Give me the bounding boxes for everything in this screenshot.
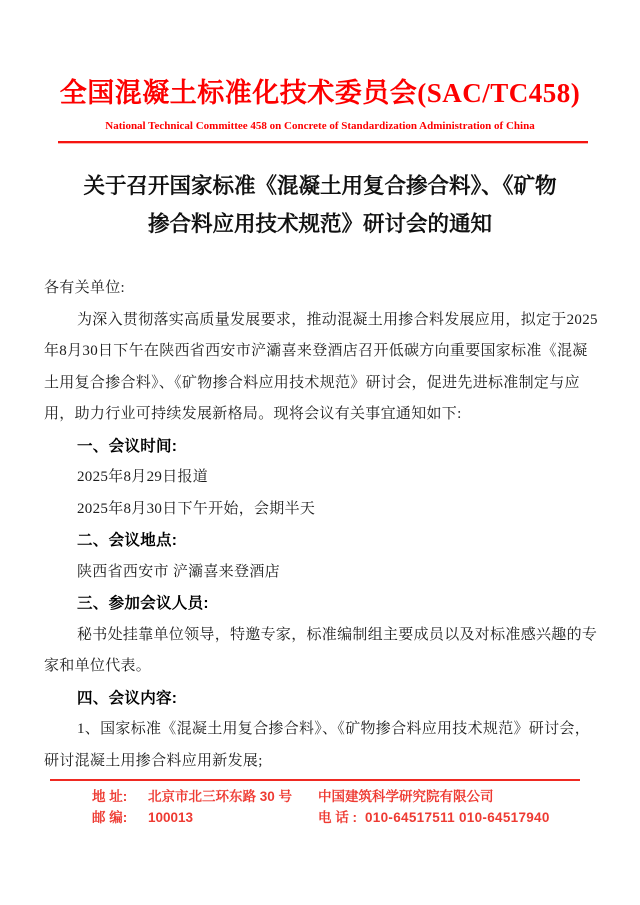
phone-label: 电 话 : <box>318 810 357 825</box>
org-title-en: National Technical Committee 458 on Conc… <box>0 119 640 133</box>
document-page: 全国混凝土标准化技术委员会(SAC/TC458) National Techni… <box>0 0 640 905</box>
salutation: 各有关单位: <box>44 273 604 305</box>
section-heading-meeting-time: 一、会议时间: <box>44 431 604 463</box>
letter-footer: 地 址: 北京市北三环东路 30 号 中国建筑科学研究院有限公司 邮 编: 10… <box>0 779 640 827</box>
zip-label: 邮 编: <box>92 808 148 827</box>
letterhead-rule <box>58 141 588 143</box>
zip-value: 100013 <box>148 808 318 827</box>
company-name: 中国建筑科学研究院有限公司 <box>318 787 640 806</box>
document-body: 各有关单位: 为深入贯彻落实高质量发展要求，推动混凝土用掺合料发展应用，拟定于2… <box>0 273 640 777</box>
address-label: 地 址: <box>92 787 148 806</box>
meeting-time-line: 2025年8月29日报道 <box>44 462 604 494</box>
letterhead: 全国混凝土标准化技术委员会(SAC/TC458) National Techni… <box>0 76 640 143</box>
meeting-place-line: 陕西省西安市 浐灞喜来登酒店 <box>44 557 604 589</box>
document-title-line2: 掺合料应用技术规范》研讨会的通知 <box>0 205 640 243</box>
org-title-cn: 全国混凝土标准化技术委员会(SAC/TC458) <box>0 76 640 110</box>
participants-line: 秘书处挂靠单位领导，特邀专家，标准编制组主要成员以及对标准感兴趣的专 <box>44 620 604 652</box>
section-heading-meeting-content: 四、会议内容: <box>44 683 604 715</box>
footer-contact-grid: 地 址: 北京市北三环东路 30 号 中国建筑科学研究院有限公司 邮 编: 10… <box>0 787 640 827</box>
document-title: 关于召开国家标准《混凝土用复合掺合料》、《矿物 掺合料应用技术规范》研讨会的通知 <box>0 167 640 243</box>
intro-paragraph-line: 为深入贯彻落实高质量发展要求，推动混凝土用掺合料发展应用，拟定于2025 <box>44 305 604 337</box>
participants-line: 家和单位代表。 <box>44 651 604 683</box>
meeting-time-line: 2025年8月30日下午开始，会期半天 <box>44 494 604 526</box>
phone-value: 010-64517511 010-64517940 <box>365 810 550 825</box>
phone-row: 电 话 :010-64517511 010-64517940 <box>318 808 640 827</box>
section-heading-participants: 三、参加会议人员: <box>44 588 604 620</box>
document-title-line1: 关于召开国家标准《混凝土用复合掺合料》、《矿物 <box>0 167 640 205</box>
section-heading-meeting-place: 二、会议地点: <box>44 525 604 557</box>
intro-paragraph-line: 年8月30日下午在陕西省西安市浐灞喜来登酒店召开低碳方向重要国家标准《混凝 <box>44 336 604 368</box>
intro-paragraph-line: 土用复合掺合料》、《矿物掺合料应用技术规范》研讨会，促进先进标准制定与应 <box>44 368 604 400</box>
meeting-content-line: 研讨混凝土用掺合料应用新发展; <box>44 746 604 778</box>
address-value: 北京市北三环东路 30 号 <box>148 787 318 806</box>
meeting-content-line: 1、国家标准《混凝土用复合掺合料》、《矿物掺合料应用技术规范》研讨会， <box>44 714 604 746</box>
intro-paragraph-line: 用，助力行业可持续发展新格局。现将会议有关事宜通知如下: <box>44 399 604 431</box>
footer-rule <box>50 779 580 781</box>
